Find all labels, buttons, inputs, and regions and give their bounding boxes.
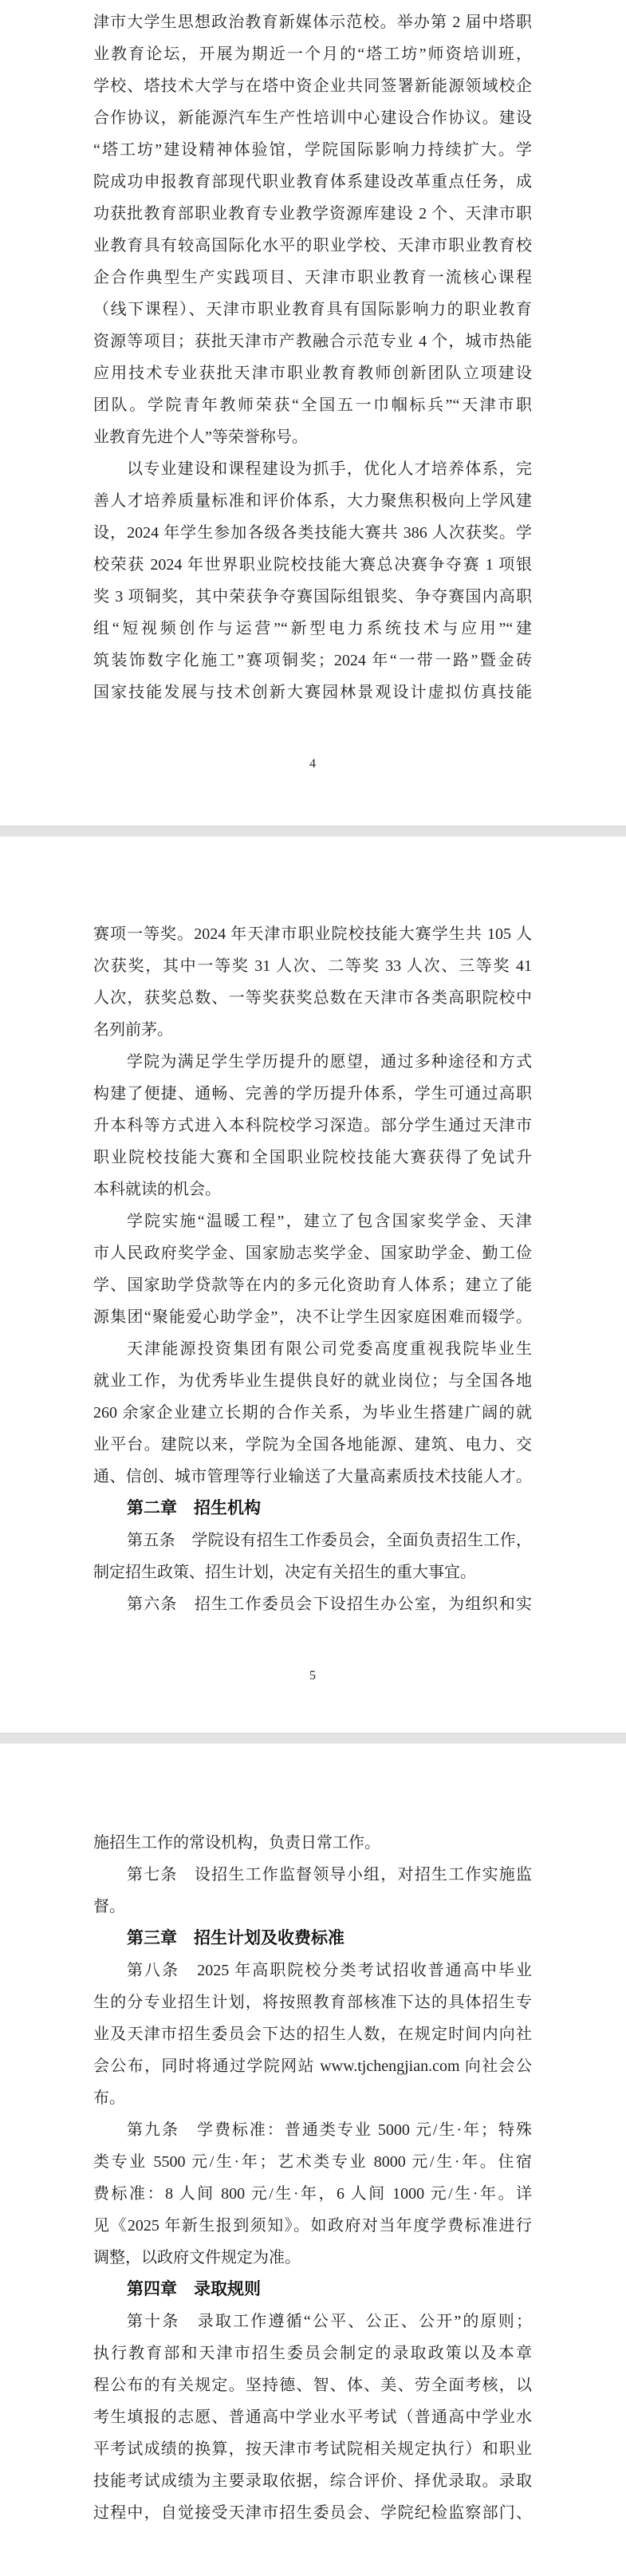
text-line: 业教育具有较高国际化水平的职业学校、天津市职业教育校: [93, 230, 532, 262]
text-line: 院成功申报教育部现代职业教育体系建设改革重点任务，成: [93, 166, 532, 198]
text-line: 督。: [93, 1891, 532, 1923]
page-separator: [0, 1733, 626, 1744]
text-line: 企合作典型生产实践项目、天津市职业教育一流核心课程: [93, 262, 532, 294]
text-line: 过程中，自觉接受天津市招生委员会、学院纪检监察部门、: [93, 2497, 532, 2529]
chapter-heading: 第四章 录取规则: [93, 2274, 532, 2306]
text-line: 制定招生政策、招生计划，决定有关招生的重大事宜。: [93, 1556, 532, 1588]
text-line: 应用技术专业获批天津市职业教育教师创新团队立项建设: [93, 357, 532, 389]
text-line: 学、国家助学贷款等在内的多元化资助育人体系；建立了能: [93, 1269, 532, 1301]
text-line: 善人才培养质量标准和评价体系，大力聚焦积极向上学风建: [93, 485, 532, 517]
document-scroll-area: 津市大学生思想政治教育新媒体示范校。举办第 2 届中塔职业教育论坛，开展为期近一…: [0, 0, 626, 2576]
text-line: 费标准：8 人间 800 元/生·年，6 人间 1000 元/生·年。详: [93, 2178, 532, 2210]
page-4: 津市大学生思想政治教育新媒体示范校。举办第 2 届中塔职业教育论坛，开展为期近一…: [0, 0, 626, 826]
page-5: 赛项一等奖。2024 年天津市职业院校技能大赛学生共 105 人次获奖，其中一等…: [0, 837, 626, 1733]
text-line: 会公布，同时将通过学院网站 www.tjchengjian.com 向社会公: [93, 2050, 532, 2082]
text-line: 考生填报的志愿、普通高中学业水平考试（普通高中学业水: [93, 2401, 532, 2433]
text-line: 施招生工作的常设机构，负责日常工作。: [93, 1827, 532, 1859]
text-line: 资源等项目；获批天津市产教融合示范专业 4 个，城市热能: [93, 325, 532, 357]
text-line: 功获批教育部职业教育专业教学资源库建设 2 个、天津市职: [93, 198, 532, 230]
text-line: 设，2024 年学生参加各级各类技能大赛共 386 人次获奖。学: [93, 517, 532, 549]
text-line: 构建了便捷、通畅、完善的学历提升体系，学生可通过高职: [93, 1078, 532, 1110]
text-line: 团队。学院青年教师荣获“全国五一巾帼标兵”“天津市职: [93, 389, 532, 421]
text-line: 第五条 学院设有招生工作委员会，全面负责招生工作，: [93, 1525, 532, 1556]
text-line: 第九条 学费标准：普通类专业 5000 元/生·年；特殊: [93, 2114, 532, 2146]
text-line: 就业工作，为优秀毕业生提供良好的就业岗位；与全国各地: [93, 1365, 532, 1397]
text-line: 名列前茅。: [93, 1014, 532, 1046]
text-line: 第八条 2025 年高职院校分类考试招收普通高中毕业: [93, 1955, 532, 1986]
text-line: 本科就读的机会。: [93, 1174, 532, 1205]
page-separator: [0, 826, 626, 837]
text-line: “塔工坊”建设精神体验馆，学院国际影响力持续扩大。学: [93, 134, 532, 166]
text-line: 人次，获奖总数、一等奖获奖总数在天津市各类高职院校中: [93, 982, 532, 1014]
text-line: 津市大学生思想政治教育新媒体示范校。举办第 2 届中塔职: [93, 6, 532, 38]
text-line: 合作协议，新能源汽车生产性培训中心建设合作协议。建设: [93, 102, 532, 134]
text-line: 升本科等方式进入本科院校学习深造。部分学生通过天津市: [93, 1110, 532, 1142]
text-line: 天津能源投资集团有限公司党委高度重视我院毕业生: [93, 1333, 532, 1365]
text-line: 学院实施“温暖工程”，建立了包含国家奖学金、天津: [93, 1205, 532, 1237]
text-line: 程公布的有关规定。坚持德、智、体、美、劳全面考核，以: [93, 2369, 532, 2401]
text-line: 第七条 设招生工作监督领导小组，对招生工作实施监: [93, 1859, 532, 1891]
text-line: 业教育论坛，开展为期近一个月的“塔工坊”师资培训班，: [93, 38, 532, 70]
text-line: 奖 3 项铜奖，其中荣获争夺赛国际组银奖、争夺赛国内高职: [93, 581, 532, 613]
text-line: 筑装饰数字化施工”赛项铜奖；2024 年“一带一路”暨金砖: [93, 645, 532, 677]
text-line: 职业院校技能大赛和全国职业院校技能大赛获得了免试升: [93, 1142, 532, 1174]
text-line: 见《2025 年新生报到须知》。如政府对当年度学费标准进行: [93, 2210, 532, 2242]
chapter-heading: 第三章 招生计划及收费标准: [93, 1923, 532, 1955]
text-line: 调整，以政府文件规定为准。: [93, 2242, 532, 2274]
text-line: 布。: [93, 2082, 532, 2114]
text-line: 生的分专业招生计划，将按照教育部核准下达的具体招生专: [93, 1986, 532, 2018]
text-line: 通、信创、城市管理等行业输送了大量高素质技术技能人才。: [93, 1461, 532, 1493]
page-number: 4: [93, 755, 532, 774]
text-line: 类专业 5500 元/生·年；艺术类专业 8000 元/生·年。住宿: [93, 2146, 532, 2178]
text-line: 平考试成绩的换算，按天津市考试院相关规定执行）和职业: [93, 2433, 532, 2465]
text-line: 国家技能发展与技术创新大赛园林景观设计虚拟仿真技能: [93, 677, 532, 708]
text-line: 市人民政府奖学金、国家励志奖学金、国家助学金、勤工俭: [93, 1237, 532, 1269]
text-line: 次获奖，其中一等奖 31 人次、二等奖 33 人次、三等奖 41: [93, 950, 532, 982]
text-line: 第六条 招生工作委员会下设招生办公室，为组织和实: [93, 1588, 532, 1620]
text-line: （线下课程）、天津市职业教育具有国际影响力的职业教育: [93, 294, 532, 325]
text-line: 业及天津市招生委员会下达的招生人数，在规定时间内向社: [93, 2018, 532, 2050]
text-line: 第十条 录取工作遵循“公平、公正、公开”的原则；: [93, 2306, 532, 2337]
chapter-heading: 第二章 招生机构: [93, 1493, 532, 1525]
text-line: 260 余家企业建立长期的合作关系，为毕业生搭建广阔的就: [93, 1397, 532, 1429]
text-line: 学校、塔技术大学与在塔中资企业共同签署新能源领域校企: [93, 70, 532, 102]
text-line: 以专业建设和课程建设为抓手，优化人才培养体系，完: [93, 453, 532, 485]
page-number: 5: [93, 1667, 532, 1686]
text-line: 执行教育部和天津市招生委员会制定的录取政策以及本章: [93, 2337, 532, 2369]
text-line: 业平台。建院以来，学院为全国各地能源、建筑、电力、交: [93, 1429, 532, 1461]
text-line: 组“短视频创作与运营”“新型电力系统技术与应用”“建: [93, 613, 532, 645]
text-line: 源集团“聚能爱心助学金”，决不让学生因家庭困难而辍学。: [93, 1301, 532, 1333]
text-line: 学院为满足学生学历提升的愿望，通过多种途径和方式: [93, 1046, 532, 1078]
page-6: 施招生工作的常设机构，负责日常工作。第七条 设招生工作监督领导小组，对招生工作实…: [0, 1744, 626, 2576]
text-line: 业教育先进个人”等荣誉称号。: [93, 421, 532, 453]
text-line: 赛项一等奖。2024 年天津市职业院校技能大赛学生共 105 人: [93, 918, 532, 950]
text-line: 校荣获 2024 年世界职业院校技能大赛总决赛争夺赛 1 项银: [93, 549, 532, 581]
text-line: 技能考试成绩为主要录取依据，综合评价、择优录取。录取: [93, 2465, 532, 2497]
